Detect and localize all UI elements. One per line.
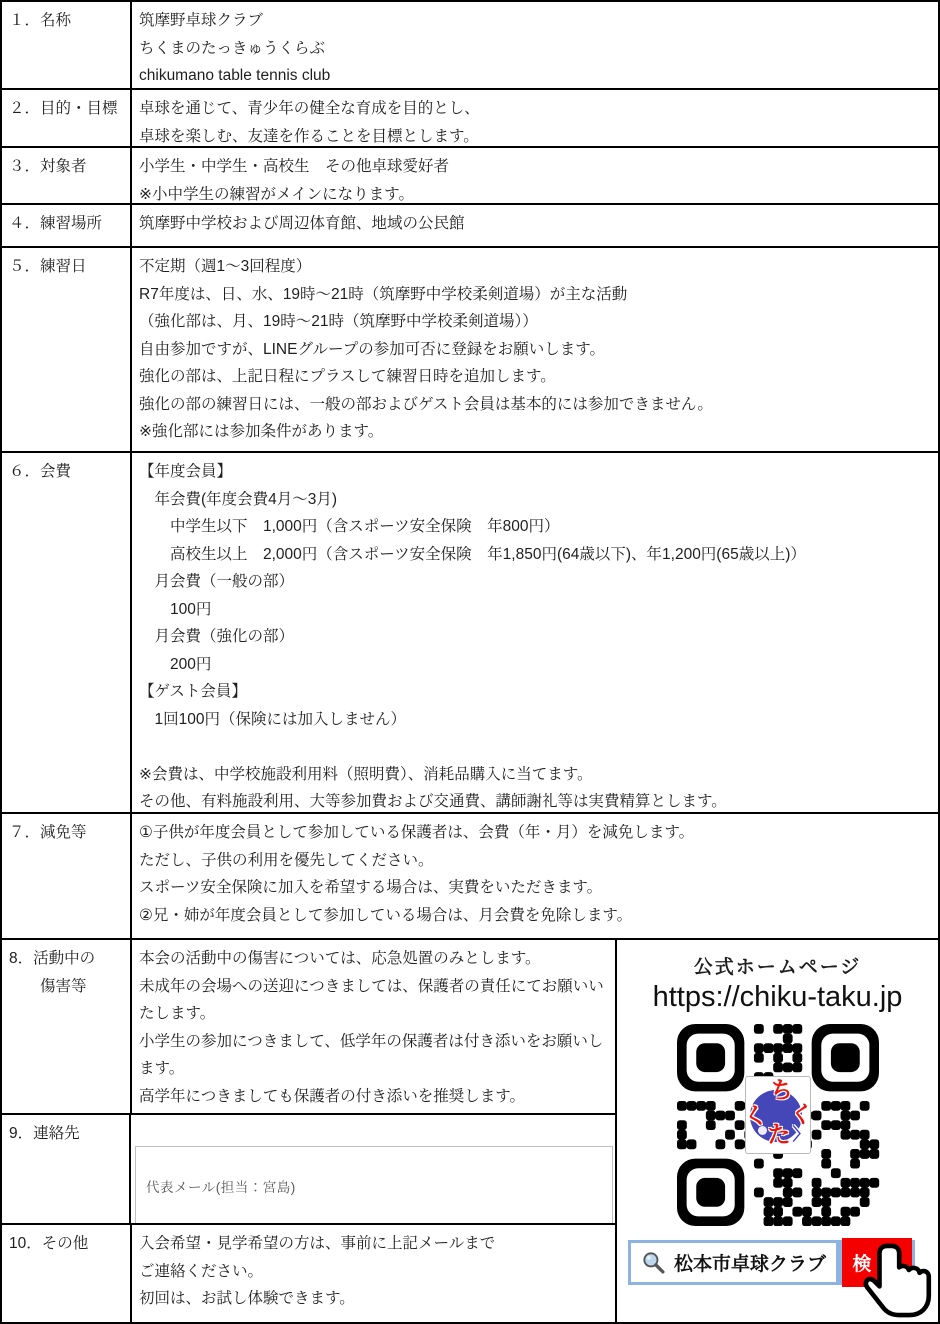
club-logo-char: た <box>768 1123 791 1146</box>
club-info-table: １．名称 筑摩野卓球クラブ ちくまのたっきゅうくらぶ chikumano tab… <box>0 0 940 1324</box>
table-row: ３．対象者 小学生・中学生・高校生 その他卓球愛好者 ※小中学生の練習がメインに… <box>2 148 938 205</box>
table-row: １．名称 筑摩野卓球クラブ ちくまのたっきゅうくらぶ chikumano tab… <box>2 2 938 90</box>
homepage-panel: 公式ホームページ https://chiku-taku.jp ち く く た 〉 <box>617 940 938 1322</box>
club-logo-char: 〉 <box>793 1126 810 1143</box>
row-content-contact: 代表メール(担当：宮島) chikumano.tt アットGメールドットコム <box>131 1115 615 1223</box>
table-row: ４．練習場所 筑摩野中学校および周辺体育館、地域の公民館 <box>2 205 938 248</box>
qr-code: ち く く た 〉 <box>676 1024 880 1226</box>
row-label-fees: ６．会費 <box>2 453 132 812</box>
table-row: ７．減免等 ①子供が年度会員として参加している保護者は、会費（年・月）を減免しま… <box>2 814 938 940</box>
table-bottom-section: 8．活動中の 傷害等 本会の活動中の傷害については、応急処置のみとします。 未成… <box>2 940 938 1322</box>
row-label-schedule: ５．練習日 <box>2 248 132 451</box>
club-logo-char: く <box>741 1103 769 1131</box>
search-query-text: 松本市卓球クラブ <box>674 1249 826 1276</box>
row-content-place: 筑摩野中学校および周辺体育館、地域の公民館 <box>132 205 938 246</box>
row-label-injury: 8．活動中の 傷害等 <box>2 940 132 1113</box>
table-row: ６．会費 【年度会員】 年会費(年度会費4月～3月) 中学生以下 1,000円（… <box>2 453 938 814</box>
row-label-target: ３．対象者 <box>2 148 132 203</box>
club-logo-char: ち <box>768 1078 794 1104</box>
row-label-exemption: ７．減免等 <box>2 814 132 938</box>
table-row: 10．その他 入会希望・見学希望の方は、事前に上記メールまで ご連絡ください。 … <box>2 1225 615 1322</box>
row-label-contact: 9．連絡先 <box>2 1115 131 1223</box>
row-content-purpose: 卓球を通じて、青少年の健全な育成を目的とし、 卓球を楽しむ、友達を作ることを目標… <box>132 90 938 146</box>
table-row: ２．目的・目標 卓球を通じて、青少年の健全な育成を目的とし、 卓球を楽しむ、友達… <box>2 90 938 148</box>
row-content-other: 入会希望・見学希望の方は、事前に上記メールまで ご連絡ください。 初回は、お試し… <box>132 1225 615 1322</box>
table-row: ５．練習日 不定期（週1～3回程度） R7年度は、日、水、19時～21時（筑摩野… <box>2 248 938 453</box>
row-content-fees: 【年度会員】 年会費(年度会費4月～3月) 中学生以下 1,000円（含スポーツ… <box>132 453 938 812</box>
club-logo-char: く <box>788 1101 815 1128</box>
row-label-purpose: ２．目的・目標 <box>2 90 132 146</box>
row-content-schedule: 不定期（週1～3回程度） R7年度は、日、水、19時～21時（筑摩野中学校柔剣道… <box>132 248 938 451</box>
row-label-place: ４．練習場所 <box>2 205 132 246</box>
homepage-heading: 公式ホームページ <box>617 952 938 979</box>
contact-email-caption: 代表メール(担当：宮島) <box>146 1177 602 1198</box>
contact-email-box: 代表メール(担当：宮島) chikumano.tt アットGメールドットコム <box>135 1146 613 1226</box>
homepage-url: https://chiku-taku.jp <box>617 981 938 1014</box>
club-logo: ち く く た 〉 <box>745 1076 811 1154</box>
search-widget: 松本市卓球クラブ 検 索 <box>628 1240 915 1285</box>
row-content-exemption: ①子供が年度会員として参加している保護者は、会費（年・月）を減免します。 ただし… <box>132 814 938 938</box>
search-input[interactable]: 松本市卓球クラブ <box>631 1243 836 1282</box>
row-content-name: 筑摩野卓球クラブ ちくまのたっきゅうくらぶ chikumano table te… <box>132 2 938 88</box>
row-label-name: １．名称 <box>2 2 132 88</box>
table-row: 9．連絡先 代表メール(担当：宮島) chikumano.tt アットGメールド… <box>2 1115 615 1225</box>
row-content-injury: 本会の活動中の傷害については、応急処置のみとします。 未成年の会場への送迎につき… <box>132 940 615 1113</box>
magnifier-icon <box>641 1250 666 1275</box>
row-label-other: 10．その他 <box>2 1225 132 1322</box>
row-content-target: 小学生・中学生・高校生 その他卓球愛好者 ※小中学生の練習がメインになります。 <box>132 148 938 203</box>
table-row: 8．活動中の 傷害等 本会の活動中の傷害については、応急処置のみとします。 未成… <box>2 940 615 1115</box>
search-button[interactable]: 検 索 <box>842 1238 912 1287</box>
bottom-left-rows: 8．活動中の 傷害等 本会の活動中の傷害については、応急処置のみとします。 未成… <box>2 940 617 1322</box>
